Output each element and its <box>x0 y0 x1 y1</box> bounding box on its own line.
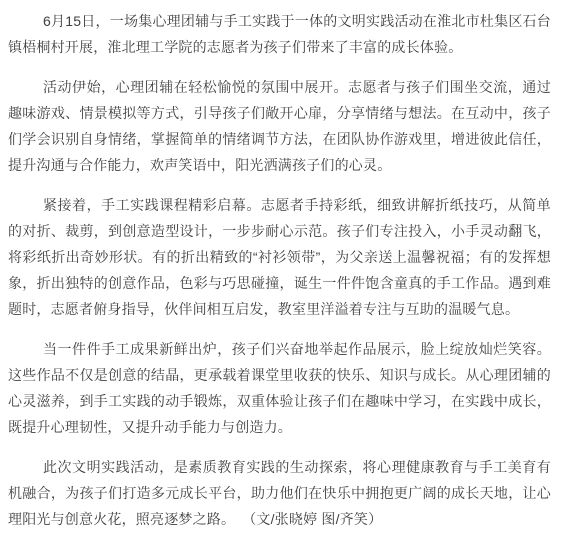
byline: （文/张晓婷 图/齐笑） <box>249 511 382 527</box>
paragraph-psych-counseling: 活动伊始，心理团辅在轻松愉悦的氛围中展开。志愿者与孩子们围坐交流，通过趣味游戏、… <box>8 74 551 178</box>
paragraph-handicraft-course: 紧接着，手工实践课程精彩启幕。志愿者手持彩纸，细致讲解折纸技巧，从简单的对折、裁… <box>8 192 551 322</box>
paragraph-intro: 6月15日，一场集心理团辅与手工实践于一体的文明实践活动在淮北市杜集区石台镇梧桐… <box>8 8 551 60</box>
paragraph-results: 当一件件手工成果新鲜出炉，孩子们兴奋地举起作品展示，脸上绽放灿烂笑容。这些作品不… <box>8 336 551 440</box>
paragraph-closing: 此次文明实践活动，是素质教育实践的生动探索，将心理健康教育与手工美育有机融合，为… <box>8 454 551 532</box>
article-body: 6月15日，一场集心理团辅与手工实践于一体的文明实践活动在淮北市杜集区石台镇梧桐… <box>0 0 561 532</box>
